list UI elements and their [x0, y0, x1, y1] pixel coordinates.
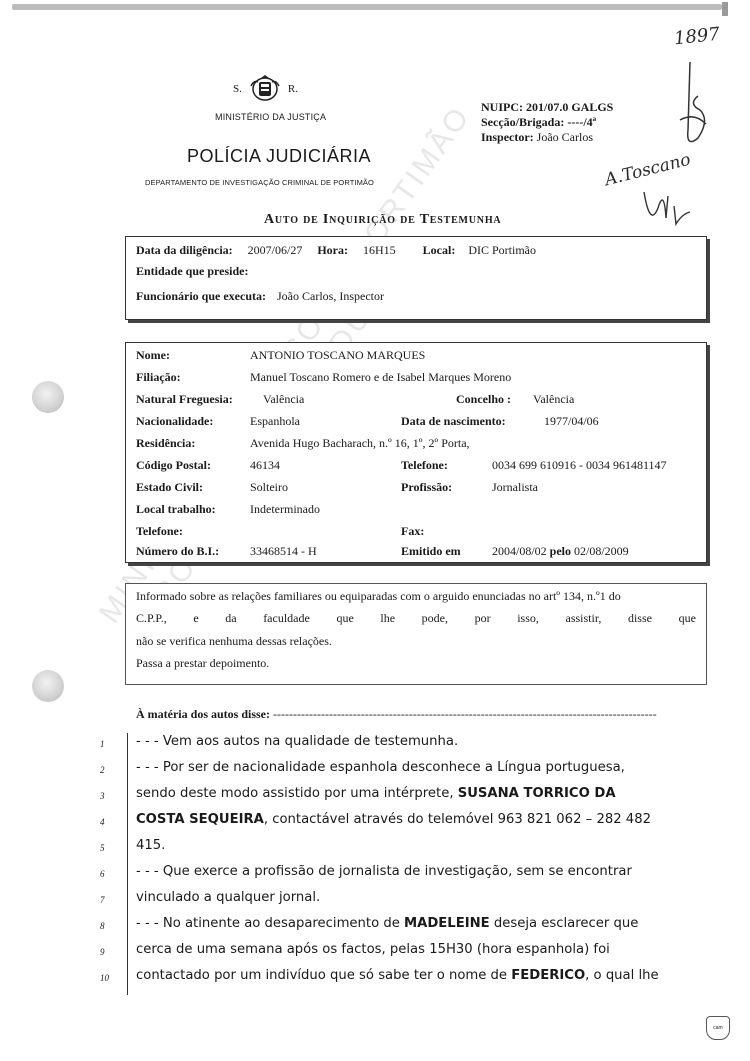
id-value: 33468514 - H: [250, 544, 317, 559]
birth-label: Data de nascimento:: [401, 414, 506, 429]
birth-value: 1977/04/06: [544, 414, 599, 429]
residence-value: Avenida Hugo Bacharach, n.º 16, 1º, 2º P…: [250, 436, 470, 451]
notice-word: da: [225, 611, 236, 626]
notice-word: disse: [628, 611, 652, 626]
issued-value: 2004/08/02: [492, 544, 547, 558]
notice-line: não se verifica nenhuma dessas relações.: [136, 634, 332, 649]
diligence-place-value: DIC Portimão: [468, 243, 536, 257]
nuipc-value: 201/07.0 GALGS: [526, 100, 613, 114]
statement-text: , contactável através do telemóvel 963 8…: [264, 812, 651, 827]
statement-line: cerca de uma semana após os factos, pela…: [136, 942, 610, 957]
notice-line: Informado sobre as relações familiares o…: [136, 589, 621, 604]
civil-status-value: Solteiro: [250, 480, 288, 495]
statement-text: vinculado a qualquer jornal.: [136, 890, 320, 905]
diligence-hour-value: 16H15: [363, 243, 396, 257]
statement-line: - - - Vem aos autos na qualidade de test…: [136, 734, 458, 749]
statement-heading-label: À matéria dos autos disse:: [136, 707, 270, 721]
ministry-name: MINISTÉRIO DA JUSTIÇA: [215, 112, 326, 122]
statement-text: cerca de uma semana após os factos, pela…: [136, 942, 610, 957]
work-label: Local trabalho:: [136, 502, 216, 517]
case-info: NUIPC: 201/07.0 GALGS Secção/Brigada: --…: [481, 100, 613, 145]
nuipc-label: NUIPC:: [481, 100, 523, 114]
statement-bold-name: FEDERICO: [511, 968, 585, 983]
notice-line-justified: C.P.P., e da faculdade que lhe pode, por…: [136, 611, 696, 626]
inspector-value: João Carlos: [537, 130, 593, 144]
line-number: 5: [100, 843, 105, 853]
document-title: Auto de Inquirição de Testemunha: [264, 212, 501, 228]
statement-text: , o qual lhe: [585, 968, 658, 983]
name-label: Nome:: [136, 348, 170, 363]
statement-line: sendo deste modo assistido por uma intér…: [136, 786, 616, 801]
statement-bold-name: COSTA SEQUEIRA: [136, 812, 264, 827]
crest-row: S. R.: [233, 74, 298, 104]
residence-label: Residência:: [136, 436, 195, 451]
statement-line: COSTA SEQUEIRA, contactável através do t…: [136, 812, 651, 827]
statement-line: - - - No atinente ao desaparecimento de …: [136, 916, 638, 931]
inspector-label: Inspector:: [481, 130, 534, 144]
issued-label: Emitido em: [401, 544, 461, 559]
notice-word: e: [193, 611, 198, 626]
parish-value: Valência: [263, 392, 304, 407]
phone-value: 0034 699 610916 - 0034 961481147: [492, 458, 667, 473]
postal-label: Código Postal:: [136, 458, 211, 473]
profession-label: Profissão:: [401, 480, 452, 495]
statement-bold-name: DA: [590, 786, 616, 801]
crest-right-text: R.: [288, 83, 298, 95]
crest-left-text: S.: [233, 83, 242, 95]
punch-hole: [32, 381, 64, 413]
work-value: Indeterminado: [250, 502, 320, 517]
coat-of-arms-icon: [248, 74, 282, 104]
work-phone-label: Telefone:: [136, 524, 183, 539]
line-number: 8: [100, 921, 105, 931]
statement-line: 415.: [136, 838, 165, 853]
fax-label: Fax:: [401, 524, 424, 539]
line-number: 7: [100, 895, 105, 905]
name-value: ANTONIO TOSCANO MARQUES: [250, 348, 425, 363]
nationality-label: Nacionalidade:: [136, 414, 213, 429]
statement-text: contactado por um indivíduo que só sabe …: [136, 968, 511, 983]
valid-label: pelo: [550, 544, 571, 558]
agency-name: POLÍCIA JUDICIÁRIA: [187, 146, 371, 167]
filiation-value: Manuel Toscano Romero e de Isabel Marque…: [250, 370, 511, 385]
profession-value: Jornalista: [492, 480, 538, 495]
line-number: 9: [100, 947, 105, 957]
statement-bold-name: MADELEINE: [404, 916, 490, 931]
phone-label: Telefone:: [401, 458, 448, 473]
seccao-value: ----/4ª: [567, 115, 596, 129]
statement-text: 415.: [136, 838, 165, 853]
footer-stamp: cam: [706, 1016, 730, 1040]
statement-text: sendo deste modo assistido por uma intér…: [136, 786, 458, 801]
line-number: 6: [100, 869, 105, 879]
witness-box: Nome: ANTONIO TOSCANO MARQUES Filiação: …: [125, 342, 707, 563]
statement-line: vinculado a qualquer jornal.: [136, 890, 320, 905]
parish-label: Natural Freguesia:: [136, 392, 233, 407]
statement-text: - - - Que exerce a profissão de jornalis…: [136, 864, 632, 879]
line-number: 4: [100, 817, 105, 827]
notice-word: C.P.P.,: [136, 611, 167, 626]
department-name: DEPARTAMENTO DE INVESTIGAÇÃO CRIMINAL DE…: [145, 178, 374, 187]
filiation-label: Filiação:: [136, 370, 181, 385]
line-number: 10: [100, 973, 109, 983]
line-number: 3: [100, 791, 105, 801]
official-value: João Carlos, Inspector: [277, 289, 384, 303]
handwritten-initials-icon: [636, 178, 696, 238]
notice-word: que: [336, 611, 353, 626]
notice-word: que: [679, 611, 696, 626]
valid-value: 02/08/2009: [574, 544, 629, 558]
notice-word: isso,: [517, 611, 539, 626]
statement-heading-dashes: ----------------------------------------…: [273, 707, 657, 721]
statement-text: deseja esclarecer que: [490, 916, 639, 931]
statement-text: - - - Vem aos autos na qualidade de test…: [136, 734, 458, 749]
diligence-place-label: Local:: [423, 243, 456, 257]
margin-rule: [127, 733, 128, 995]
notice-box: Informado sobre as relações familiares o…: [125, 583, 707, 685]
nationality-value: Espanhola: [250, 414, 300, 429]
notice-word: lhe: [380, 611, 395, 626]
postal-value: 46134: [250, 458, 280, 473]
notice-word: assistir,: [566, 611, 602, 626]
statement-bold-name: SUSANA TORRICO: [458, 786, 590, 801]
punch-hole: [32, 670, 64, 702]
notice-line: Passa a prestar depoimento.: [136, 656, 269, 671]
statement-text: - - - No atinente ao desaparecimento de: [136, 916, 404, 931]
statement-line: contactado por um indivíduo que só sabe …: [136, 968, 659, 983]
scan-edge-mark: [722, 2, 728, 16]
diligence-box: Data da diligência: 2007/06/27 Hora: 16H…: [125, 236, 707, 320]
county-value: Valência: [533, 392, 574, 407]
handwritten-page-number: 1897: [673, 24, 721, 50]
notice-word: por: [475, 611, 491, 626]
diligence-hour-label: Hora:: [317, 243, 348, 257]
id-label: Número do B.I.:: [136, 544, 219, 559]
diligence-date-value: 2007/06/27: [248, 243, 303, 257]
line-number: 1: [100, 739, 105, 749]
seccao-label: Secção/Brigada:: [481, 115, 564, 129]
entity-label: Entidade que preside:: [136, 264, 248, 278]
scan-edge-bar: [12, 4, 722, 10]
notice-word: faculdade: [263, 611, 310, 626]
official-label: Funcionário que executa:: [136, 289, 266, 303]
statement-line: - - - Por ser de nacionalidade espanhola…: [136, 760, 625, 775]
line-number: 2: [100, 765, 105, 775]
statement-heading: À matéria dos autos disse: -------------…: [136, 707, 696, 722]
statement-line: - - - Que exerce a profissão de jornalis…: [136, 864, 632, 879]
county-label: Concelho :: [456, 392, 511, 407]
notice-word: pode,: [422, 611, 448, 626]
diligence-date-label: Data da diligência:: [136, 243, 233, 257]
handwritten-signature-mark-icon: [670, 60, 720, 150]
statement-text: - - - Por ser de nacionalidade espanhola…: [136, 760, 625, 775]
civil-status-label: Estado Civil:: [136, 480, 203, 495]
